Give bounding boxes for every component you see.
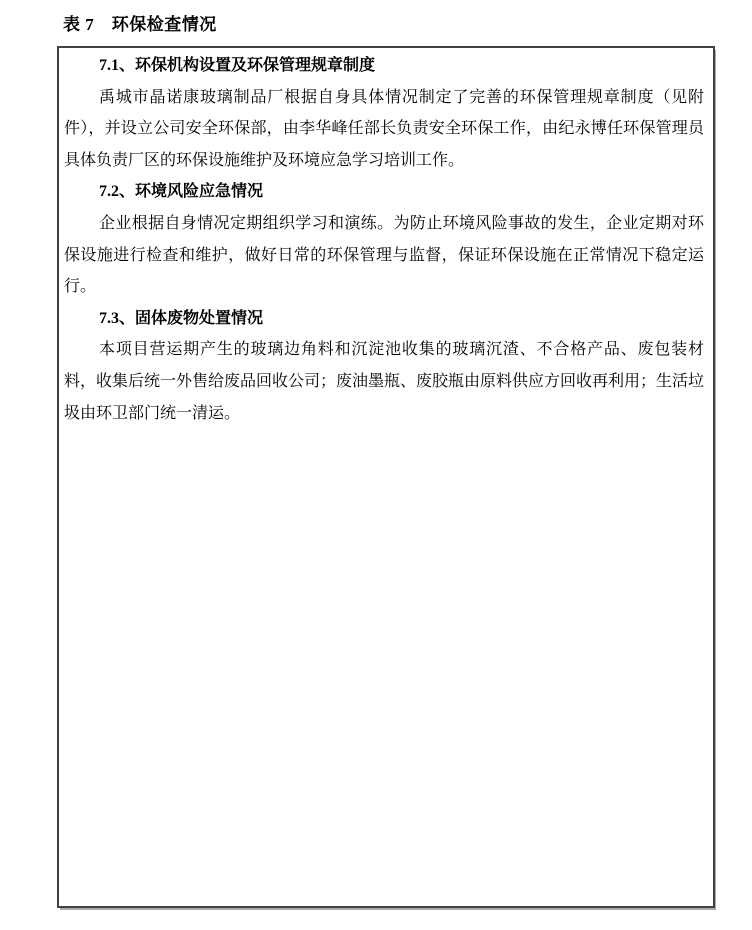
section-7-1-heading: 7.1、环保机构设置及环保管理规章制度 [64, 50, 704, 82]
section-7-2-body: 企业根据自身情况定期组织学习和演练。为防止环境风险事故的发生，企业定期对环保设施… [64, 208, 704, 303]
section-7-3-heading: 7.3、固体废物处置情况 [64, 303, 704, 335]
table-title: 表 7 环保检查情况 [63, 10, 217, 35]
section-7-3-body: 本项目营运期产生的玻璃边角料和沉淀池收集的玻璃沉渣、不合格产品、废包装材料，收集… [64, 334, 704, 429]
section-7-2-heading: 7.2、环境风险应急情况 [64, 176, 704, 208]
table-cell-border: 7.1、环保机构设置及环保管理规章制度 禹城市晶诺康玻璃制品厂根据自身具体情况制… [57, 46, 715, 908]
section-7-1-body: 禹城市晶诺康玻璃制品厂根据自身具体情况制定了完善的环保管理规章制度（见附件），并… [64, 82, 704, 177]
